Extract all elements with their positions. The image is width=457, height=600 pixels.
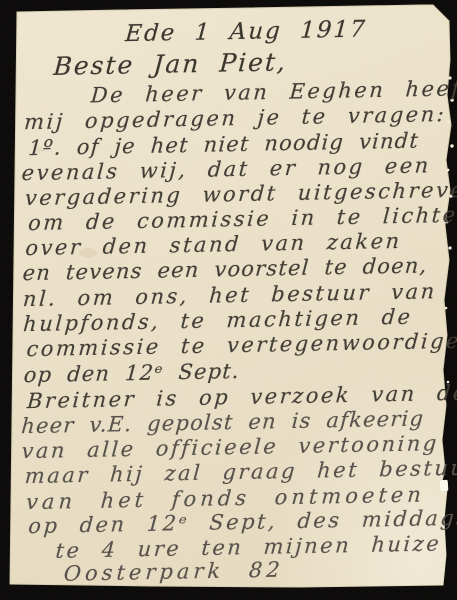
letter-line: commissie te vertegenwoordigen bbox=[26, 330, 457, 360]
address-line: Oosterpark 82 bbox=[63, 560, 284, 585]
salutation-line: Beste Jan Piet, bbox=[53, 49, 288, 79]
letter-text: Ede 1 Aug 1917 Beste Jan Piet, De heer v… bbox=[0, 0, 457, 600]
photo-frame: Ede 1 Aug 1917 Beste Jan Piet, De heer v… bbox=[0, 0, 457, 600]
letter-line: op den 12ᵉ Sept. bbox=[23, 361, 240, 386]
date-line: Ede 1 Aug 1917 bbox=[124, 18, 367, 46]
